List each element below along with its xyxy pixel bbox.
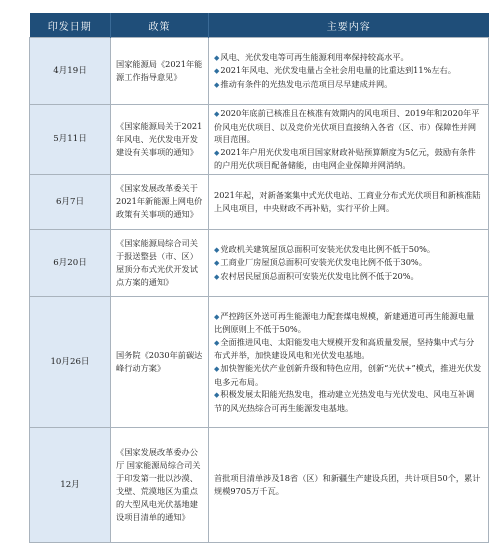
content-cell: ◆2020年底前已核准且在核准有效期内的风电项目、2019年和2020年平价风电…: [209, 105, 489, 175]
table-row: 4月19日 国家能源局《2021年能源工作指导意见》 ◆风电、光伏发电等可再生能…: [30, 38, 489, 105]
diamond-bullet-icon: ◆: [214, 391, 219, 399]
diamond-bullet-icon: ◆: [214, 149, 219, 157]
content-cell: ◆严控跨区外送可再生能源电力配套煤电规模，新建通道可再生能源电量比例原则上不低于…: [209, 296, 489, 427]
content-line: 2021年起，对新备案集中式光伏电站、工商业分布式光伏项目和新核准陆上风电项目，…: [214, 189, 482, 214]
diamond-bullet-icon: ◆: [214, 67, 219, 75]
table-header-row: 印发日期 政策 主要内容: [30, 13, 489, 38]
content-line: ◆加快智能光伏产业创新升级和特色应用，创新“光伏+”模式，推进光伏发电多元布局。: [214, 362, 482, 388]
diamond-bullet-icon: ◆: [214, 54, 219, 62]
content-cell: 2021年起，对新备案集中式光伏电站、工商业分布式光伏项目和新核准陆上风电项目，…: [209, 174, 489, 229]
diamond-bullet-icon: ◆: [214, 81, 219, 89]
content-line: ◆积极发展太阳能光热发电，推动建立光热发电与光伏发电、风电互补调节的风光热综合可…: [214, 388, 482, 414]
date-cell: 6月20日: [30, 229, 111, 296]
content-line: ◆严控跨区外送可再生能源电力配套煤电规模，新建通道可再生能源电量比例原则上不低于…: [214, 310, 482, 336]
content-line: ◆党政机关建筑屋顶总面积可安装光伏发电比例不低于50%。: [214, 243, 482, 257]
policy-cell: 国家能源局《2021年能源工作指导意见》: [111, 38, 209, 105]
table-row: 6月7日 《国家发展改革委关于2021年新能源上网电价政策有关事项的通知》 20…: [30, 174, 489, 229]
content-cell: ◆党政机关建筑屋顶总面积可安装光伏发电比例不低于50%。 ◆工商业厂房屋顶总面积…: [209, 229, 489, 296]
table-row: 5月11日 《国家能源局关于2021年风电、光伏发电开发建设有关事项的通知》 ◆…: [30, 105, 489, 175]
content-line: ◆2020年底前已核准且在核准有效期内的风电项目、2019年和2020年平价风电…: [214, 107, 482, 146]
policy-cell: 国务院《2030年前碳达峰行动方案》: [111, 296, 209, 427]
content-line: ◆全面推进风电、太阳能发电大规模开发和高质量发展，坚持集中式与分布式并举，加快建…: [214, 336, 482, 362]
date-cell: 5月11日: [30, 105, 111, 175]
content-cell: 首批项目清单涉及18省（区）和新疆生产建设兵团，共计项目50个，累计规模9705…: [209, 427, 489, 542]
date-cell: 10月26日: [30, 296, 111, 427]
header-policy: 政策: [111, 13, 209, 38]
content-line: 首批项目清单涉及18省（区）和新疆生产建设兵团，共计项目50个，累计规模9705…: [214, 472, 482, 497]
header-date: 印发日期: [30, 13, 111, 38]
date-cell: 6月7日: [30, 174, 111, 229]
content-cell: ◆风电、光伏发电等可再生能源利用率保持较高水平。 ◆2021年风电、光伏发电量占…: [209, 38, 489, 105]
table-row: 10月26日 国务院《2030年前碳达峰行动方案》 ◆严控跨区外送可再生能源电力…: [30, 296, 489, 427]
diamond-bullet-icon: ◆: [214, 273, 219, 281]
policy-cell: 《国家能源局关于2021年风电、光伏发电开发建设有关事项的通知》: [111, 105, 209, 175]
policy-cell: 《国家能源局综合司关于报送整县（市、区）屋顶分布式光伏开发试点方案的通知》: [111, 229, 209, 296]
date-cell: 4月19日: [30, 38, 111, 105]
header-content: 主要内容: [209, 13, 489, 38]
date-cell: 12月: [30, 427, 111, 542]
content-line: ◆2021年户用光伏发电项目国家财政补贴预算额度为5亿元，鼓励有条件的户用光伏项…: [214, 146, 482, 172]
diamond-bullet-icon: ◆: [214, 313, 219, 321]
content-line: ◆工商业厂房屋顶总面积可安装光伏发电比例不低于30%。: [214, 256, 482, 270]
diamond-bullet-icon: ◆: [214, 365, 219, 373]
content-line: ◆推动有条件的光热发电示范项目尽早建成并网。: [214, 78, 482, 92]
table-row: 6月20日 《国家能源局综合司关于报送整县（市、区）屋顶分布式光伏开发试点方案的…: [30, 229, 489, 296]
diamond-bullet-icon: ◆: [214, 259, 219, 267]
content-line: ◆风电、光伏发电等可再生能源利用率保持较高水平。: [214, 51, 482, 65]
table-row: 12月 《国家发展改革委办公厅 国家能源局综合司关于印发第一批以沙漠、戈壁、荒漠…: [30, 427, 489, 542]
content-line: ◆农村居民屋顶总面积可安装光伏发电比例不低于20%。: [214, 270, 482, 284]
policy-cell: 《国家发展改革委办公厅 国家能源局综合司关于印发第一批以沙漠、戈壁、荒漠地区为重…: [111, 427, 209, 542]
diamond-bullet-icon: ◆: [214, 246, 219, 254]
content-line: ◆2021年风电、光伏发电量占全社会用电量的比重达到11%左右。: [214, 64, 482, 78]
policy-table: 印发日期 政策 主要内容 4月19日 国家能源局《2021年能源工作指导意见》 …: [29, 13, 489, 543]
diamond-bullet-icon: ◆: [214, 339, 219, 347]
policy-cell: 《国家发展改革委关于2021年新能源上网电价政策有关事项的通知》: [111, 174, 209, 229]
diamond-bullet-icon: ◆: [214, 110, 219, 118]
